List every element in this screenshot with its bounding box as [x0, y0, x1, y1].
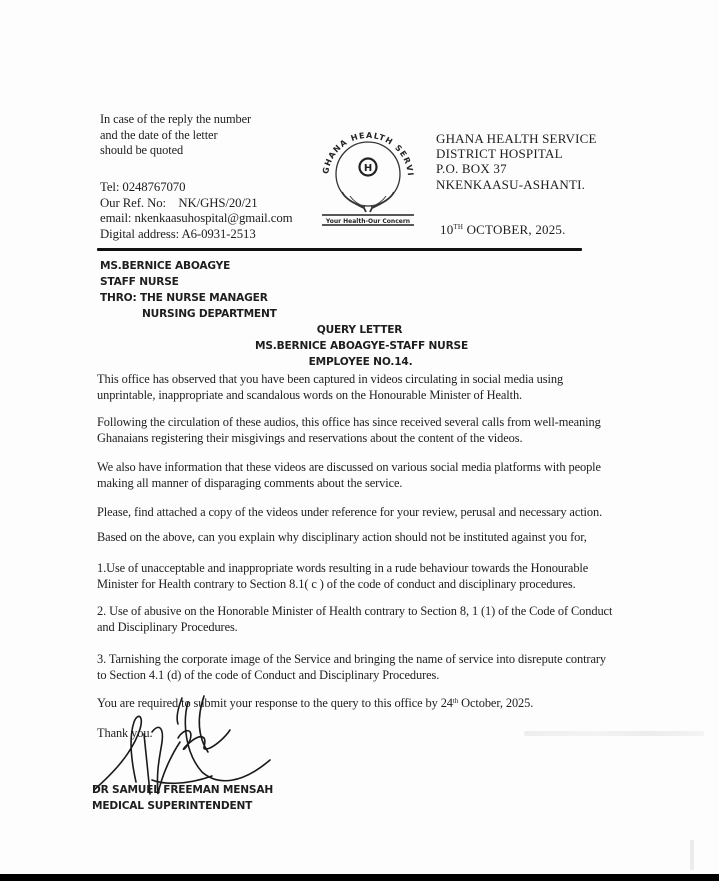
charge-line: 2. Use of abusive on the Honorable Minis… — [97, 604, 612, 620]
reply-note-line: should be quoted — [100, 143, 251, 159]
paragraph-line: This office has observed that you have b… — [97, 372, 563, 388]
paragraph-line: Following the circulation of these audio… — [97, 415, 601, 431]
ref-label: Our Ref. No: — [100, 196, 166, 210]
charge-line: to Section 4.1 (d) of the code of Conduc… — [97, 668, 606, 684]
ref-value: NK/GHS/20/21 — [178, 196, 257, 210]
logo-tagline: Your Health-Our Concern — [325, 218, 410, 225]
charge-line: 3. Tarnishing the corporate image of the… — [97, 652, 606, 668]
date-suffix: TH — [453, 223, 463, 231]
bleed-through-text — [524, 729, 704, 739]
subject-title: QUERY LETTER — [0, 322, 719, 338]
charge-line: Minister for Health contrary to Section … — [97, 577, 588, 593]
header-divider — [97, 248, 582, 251]
scan-artifact — [690, 840, 694, 870]
deadline-suffix: th — [453, 697, 458, 705]
reference-number: Our Ref. No: NK/GHS/20/21 — [100, 196, 292, 212]
ghana-health-service-logo: GHANA HEALTH SERVICE H Your Health-Our C… — [312, 112, 424, 230]
signatory-name: DR SAMUEL FREEMAN MENSAH — [92, 782, 273, 798]
subject-block: QUERY LETTER MS.BERNICE ABOAGYE-STAFF NU… — [0, 322, 719, 370]
paragraph-line: unprintable, inappropriate and scandalou… — [97, 388, 563, 404]
subject-employee-no: EMPLOYEE NO.14. — [0, 354, 719, 370]
deadline-date: October, 2025. — [458, 696, 533, 710]
bottom-border — [0, 874, 719, 881]
paragraph-line: We also have information that these vide… — [97, 460, 601, 476]
subject-name: MS.BERNICE ABOAGYE-STAFF NURSE — [0, 338, 719, 354]
date-day: 10 — [440, 222, 453, 237]
reply-note-line: In case of the reply the number — [100, 112, 251, 128]
recipient-block: MS.BERNICE ABOAGYE STAFF NURSE THRO: THE… — [100, 258, 277, 322]
letter-date: 10TH OCTOBER, 2025. — [440, 222, 566, 237]
recipient-position: STAFF NURSE — [100, 274, 277, 290]
hospital-address: GHANA HEALTH SERVICE DISTRICT HOSPITAL P… — [436, 131, 597, 192]
logo-emblem-icon: GHANA HEALTH SERVICE H Your Health-Our C… — [312, 112, 424, 230]
recipient-through: THRO: THE NURSE MANAGER — [100, 290, 277, 306]
faint-smudge — [524, 731, 704, 736]
recipient-department: NURSING DEPARTMENT — [100, 306, 277, 322]
logo-center-letter: H — [364, 163, 372, 174]
paragraph-social-media: We also have information that these vide… — [97, 460, 601, 491]
hospital-address-line: P.O. BOX 37 — [436, 161, 597, 176]
charge-1: 1.Use of unacceptable and inappropriate … — [97, 561, 588, 592]
recipient-name: MS.BERNICE ABOAGYE — [100, 258, 277, 274]
tel: Tel: 0248767070 — [100, 180, 292, 196]
paragraph-attachment: Please, find attached a copy of the vide… — [97, 505, 602, 521]
hospital-address-line: GHANA HEALTH SERVICE — [436, 131, 597, 146]
paragraph-line: Ghanaians registering their misgivings a… — [97, 431, 601, 447]
charge-line: 1.Use of unacceptable and inappropriate … — [97, 561, 588, 577]
signatory-title: MEDICAL SUPERINTENDENT — [92, 798, 273, 814]
email: email: nkenkaasuhospital@gmail.com — [100, 211, 292, 227]
charge-3: 3. Tarnishing the corporate image of the… — [97, 652, 606, 683]
paragraph-line: making all manner of disparaging comment… — [97, 476, 601, 492]
charge-line: and Disciplinary Procedures. — [97, 620, 612, 636]
signatory-block: DR SAMUEL FREEMAN MENSAH MEDICAL SUPERIN… — [92, 782, 273, 814]
charge-2: 2. Use of abusive on the Honorable Minis… — [97, 604, 612, 635]
hospital-address-line: DISTRICT HOSPITAL — [436, 146, 597, 161]
paragraph-observation: This office has observed that you have b… — [97, 372, 563, 403]
paragraph-question: Based on the above, can you explain why … — [97, 530, 587, 546]
reply-note: In case of the reply the number and the … — [100, 112, 251, 159]
reply-note-line: and the date of the letter — [100, 128, 251, 144]
contact-block: Tel: 0248767070 Our Ref. No: NK/GHS/20/2… — [100, 180, 292, 242]
digital-address: Digital address: A6-0931-2513 — [100, 227, 292, 243]
paragraph-calls: Following the circulation of these audio… — [97, 415, 601, 446]
hospital-address-line: NKENKAASU-ASHANTI. — [436, 177, 597, 192]
date-rest: OCTOBER, 2025. — [463, 222, 565, 237]
